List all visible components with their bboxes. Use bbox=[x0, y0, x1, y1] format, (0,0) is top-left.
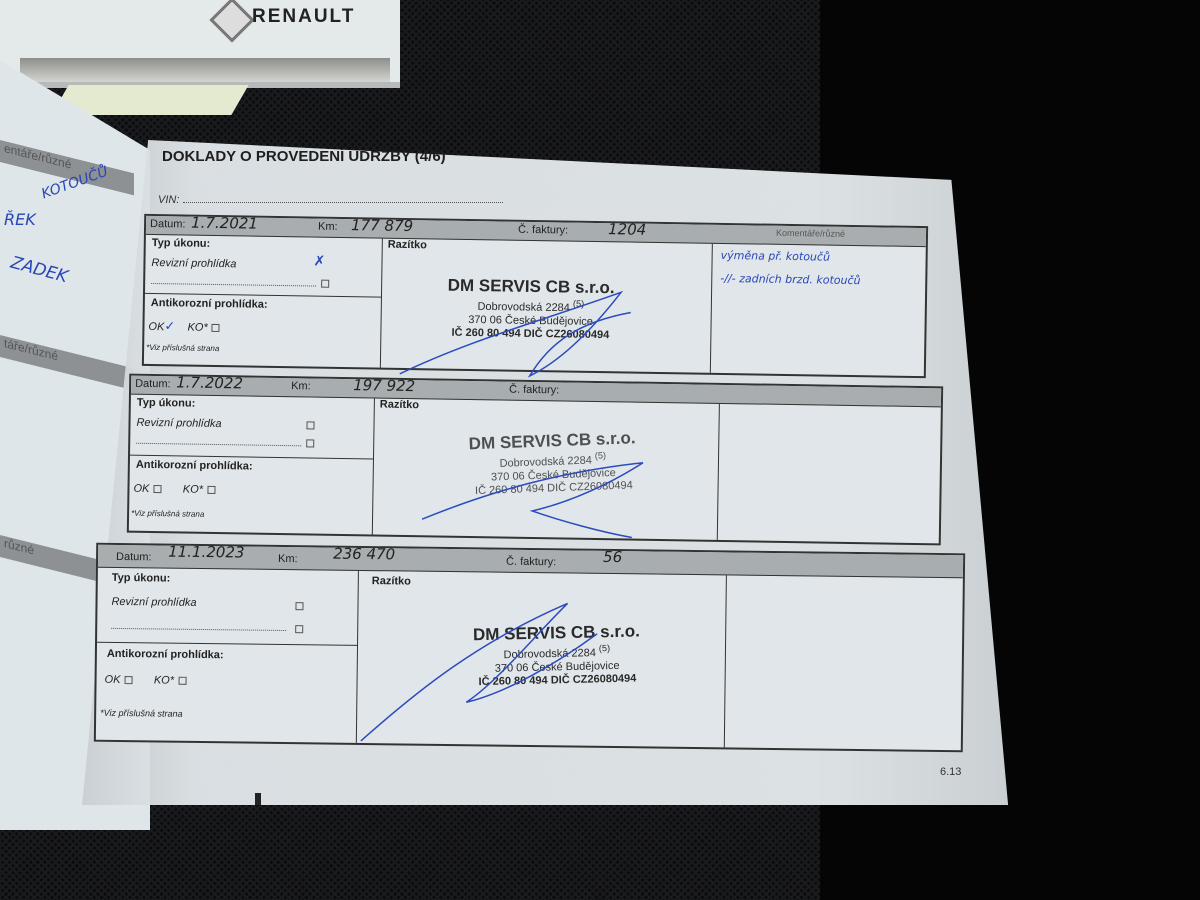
invoice-label: Č. faktury: bbox=[509, 384, 559, 397]
ko-label: KO* bbox=[187, 322, 207, 334]
other-checkbox[interactable] bbox=[306, 439, 314, 447]
inspection-checkbox[interactable] bbox=[295, 602, 303, 610]
type-column: Typ úkonu: Revizní prohlídka Antikorozní… bbox=[129, 395, 375, 535]
type-column: Typ úkonu: Revizní prohlídka Antikorozní… bbox=[96, 568, 359, 743]
inspection-label: Revizní prohlídka bbox=[136, 417, 221, 430]
anticorrosion-label: Antikorozní prohlídka: bbox=[136, 459, 253, 473]
comment-line-1: výměna př. kotoučů bbox=[721, 249, 921, 265]
km-label: Km: bbox=[318, 221, 338, 233]
ko-checkbox[interactable] bbox=[207, 486, 215, 494]
vin-field: VIN: bbox=[158, 194, 503, 206]
date-label: Datum: bbox=[150, 218, 186, 231]
km-label: Km: bbox=[291, 380, 311, 392]
km-value: 236 470 bbox=[333, 545, 395, 564]
service-type-label: Typ úkonu: bbox=[152, 237, 211, 250]
ok-checkbox[interactable] bbox=[124, 676, 132, 684]
invoice-label: Č. faktury: bbox=[518, 224, 568, 237]
other-line bbox=[111, 628, 286, 631]
comments-label: Komentáře/různé bbox=[776, 228, 845, 239]
ko-checkbox[interactable] bbox=[178, 677, 186, 685]
anticorrosion-label: Antikorozní prohlídka: bbox=[151, 297, 268, 311]
anticorrosion-label: Antikorozní prohlídka: bbox=[107, 648, 224, 661]
stamp-column: Razítko DM SERVIS CB s.r.o. Dobrovodská … bbox=[380, 239, 713, 373]
other-line bbox=[151, 283, 316, 287]
ok-check[interactable]: ✓ bbox=[164, 319, 175, 334]
handwriting-2: ŘEK bbox=[4, 210, 36, 229]
inspection-label: Revizní prohlídka bbox=[151, 257, 236, 270]
date-value: 1.7.2021 bbox=[191, 214, 258, 233]
note: *Viz příslušná strana bbox=[146, 343, 219, 353]
service-record-2: Datum: 1.7.2022 Km: 197 922 Č. faktury: … bbox=[127, 374, 943, 546]
stamp-label: Razítko bbox=[372, 575, 411, 587]
handwriting-3: ZADEK bbox=[8, 253, 69, 287]
stamp-label: Razítko bbox=[388, 239, 427, 252]
left-band-2: táře/různé bbox=[0, 335, 134, 390]
invoice-value: 56 bbox=[603, 548, 622, 566]
km-label: Km: bbox=[278, 553, 298, 565]
type-column: Typ úkonu: Revizní prohlídka ✗ Antikoroz… bbox=[144, 235, 383, 368]
invoice-label: Č. faktury: bbox=[506, 556, 556, 569]
date-label: Datum: bbox=[135, 378, 171, 391]
date-label: Datum: bbox=[116, 551, 152, 563]
date-value: 1.7.2022 bbox=[176, 373, 243, 392]
other-checkbox[interactable] bbox=[321, 280, 329, 288]
ok-label: OK bbox=[133, 483, 149, 495]
brand-name: RENAULT bbox=[252, 6, 355, 28]
inspection-check[interactable]: ✗ bbox=[313, 254, 325, 270]
divider bbox=[97, 642, 357, 646]
km-value: 177 879 bbox=[351, 216, 413, 235]
page-title: DOKLADY O PROVEDENÍ ÚDRŽBY (4/6) bbox=[162, 148, 446, 165]
note: *Viz příslušná strana bbox=[100, 708, 183, 719]
ko-label: KO* bbox=[183, 483, 203, 495]
comments-area: výměna př. kotoučů -//- zadních brzd. ko… bbox=[720, 249, 921, 288]
signature bbox=[390, 279, 652, 383]
date-value: 11.1.2023 bbox=[168, 543, 245, 562]
stamp-column: Razítko DM SERVIS CB s.r.o. Dobrovodská … bbox=[372, 398, 720, 539]
ok-label: OK bbox=[105, 674, 121, 686]
service-record-3: Datum: 11.1.2023 Km: 236 470 Č. faktury:… bbox=[94, 543, 965, 753]
other-line bbox=[136, 443, 301, 447]
service-type-label: Typ úkonu: bbox=[112, 572, 171, 585]
ok-checkbox[interactable] bbox=[153, 485, 161, 493]
signature bbox=[412, 439, 674, 543]
page-number: 6.13 bbox=[940, 766, 961, 778]
service-type-label: Typ úkonu: bbox=[137, 397, 196, 410]
stamp-column: Razítko DM SERVIS CB s.r.o. Dobrovodská … bbox=[356, 571, 727, 747]
km-value: 197 922 bbox=[353, 376, 415, 395]
other-checkbox[interactable] bbox=[295, 625, 303, 633]
signature bbox=[356, 591, 618, 754]
note: *Viz příslušná strana bbox=[131, 509, 204, 519]
ko-checkbox[interactable] bbox=[212, 324, 220, 332]
service-record-1: Datum: 1.7.2021 Km: 177 879 Č. faktury: … bbox=[142, 214, 928, 378]
inspection-checkbox[interactable] bbox=[306, 421, 314, 429]
stamp-label: Razítko bbox=[380, 399, 419, 412]
bookmark-marker bbox=[255, 793, 261, 805]
vin-label: VIN: bbox=[158, 194, 179, 206]
booklet-pages bbox=[20, 58, 390, 82]
invoice-value: 1204 bbox=[608, 220, 646, 239]
ok-label: OK bbox=[148, 321, 164, 333]
inspection-label: Revizní prohlídka bbox=[111, 596, 196, 609]
comment-line-2: -//- zadních brzd. kotoučů bbox=[720, 272, 920, 288]
ko-label: KO* bbox=[154, 674, 174, 686]
vin-line bbox=[183, 202, 503, 203]
